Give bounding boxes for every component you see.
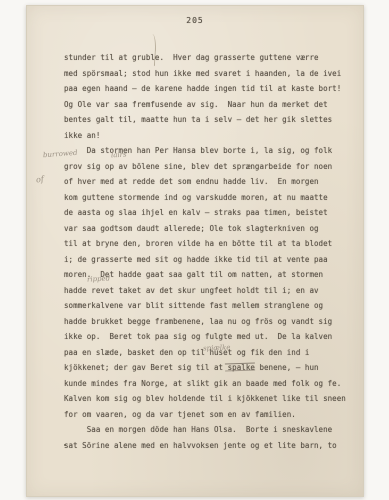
typed-line: of hver med at redde det som endnu hadde… bbox=[64, 174, 356, 190]
typed-line: de aasta og slaa ihjel en kalv — straks … bbox=[64, 205, 356, 221]
typed-line: kjökkenet; der gav Beret sig til at spal… bbox=[64, 360, 356, 376]
typed-line: kom guttene stormende ind og varskudde m… bbox=[64, 190, 356, 206]
handwritten-annotation-ripped: ripped bbox=[87, 274, 111, 283]
typed-line: Kalven kom sig og blev holdende til i kj… bbox=[64, 391, 356, 407]
typed-line: Og Ole var saa fremfusende av sig. Naar … bbox=[64, 97, 356, 113]
typed-line: sommerkalvene var blit sittende fast mel… bbox=[64, 298, 356, 314]
scanned-manuscript-page: 205 stunder til at gruble. Hver dag gras… bbox=[26, 5, 364, 497]
handwritten-annotation-lairs: lairs bbox=[111, 151, 127, 160]
strikethrough-scribble bbox=[225, 362, 255, 371]
typed-line: kunde mindes fra Norge, at slikt gik an … bbox=[64, 376, 356, 392]
page-number: 205 bbox=[186, 16, 203, 25]
typed-line: sat Sörine alene med en halvvoksen jente… bbox=[64, 438, 356, 454]
typed-line: bentes galt til, maatte hun ta i selv — … bbox=[64, 112, 356, 128]
ink-speck bbox=[64, 444, 66, 446]
typed-line: med spörsmaal; stod hun ikke med svaret … bbox=[64, 66, 356, 82]
typed-line: Saa en morgen döde han Hans Olsa. Borte … bbox=[64, 422, 356, 438]
typed-line: for om vaaren, og da var tjenet som en a… bbox=[64, 407, 356, 423]
typed-line: ikke an! bbox=[64, 128, 356, 144]
typed-line: Da stormen han Per Hansa blev borte i, l… bbox=[64, 143, 356, 159]
handwritten-margin-note: of bbox=[35, 175, 44, 185]
typed-line: hadde brukket begge frambenene, laa nu o… bbox=[64, 314, 356, 330]
typed-line: ikke op. Beret tok paa sig og fulgte med… bbox=[64, 329, 356, 345]
typed-line: grov sig op av bölene sine, blev det spr… bbox=[64, 159, 356, 175]
typed-text-block: stunder til at gruble. Hver dag grassert… bbox=[64, 50, 356, 453]
typed-line: stunder til at gruble. Hver dag grassert… bbox=[64, 50, 356, 66]
handwritten-correction-spjaelke: spjælke bbox=[203, 344, 231, 353]
typed-line: hadde revet taket av det skur ungfeet ho… bbox=[64, 283, 356, 299]
typed-line: til at bryne den, broren vilde ha en böt… bbox=[64, 236, 356, 252]
typed-line: paa egen haand — de karene hadde ingen t… bbox=[64, 81, 356, 97]
typed-line: i; de grasserte med sit og hadde ikke ti… bbox=[64, 252, 356, 268]
typed-line: var saa godtsom daudt allerede; Ole tok … bbox=[64, 221, 356, 237]
